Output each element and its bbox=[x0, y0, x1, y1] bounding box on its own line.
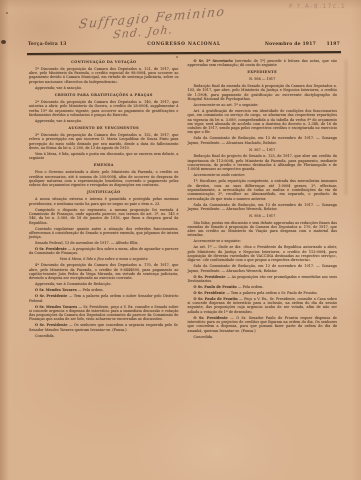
text-block: Art. A gratificação de exercicio em iden… bbox=[188, 109, 338, 135]
text-block: O Sr. Paulo de Frontin — Pela ordem. bbox=[188, 285, 338, 289]
text-block: O Sr. Presidente — Tem a palavra pela or… bbox=[29, 294, 179, 303]
section-heading: N. 956 — 1917 bbox=[188, 77, 338, 81]
section-heading: Continuação da votação bbox=[29, 60, 179, 64]
scanned-document-page: P.7.A-8.17c.1 Suffragio Feminino Snd. Jo… bbox=[0, 0, 361, 480]
masthead: Terça-feira 13 Congresso Nacional Novemb… bbox=[28, 42, 340, 50]
text-block: Approvada; vae á sancção. bbox=[29, 86, 179, 90]
text-block: Accrescente-se o seguinte: bbox=[188, 239, 338, 243]
text-block: Fica o Governo autorizado a abrir, pelo … bbox=[29, 170, 179, 187]
masthead-page-number: 1197 bbox=[327, 42, 340, 47]
speaker-name: O Sr. Paulo de Frontin bbox=[194, 285, 239, 289]
speaker-name: O Sr. Presidente bbox=[194, 275, 227, 279]
column-right: O Sr. 2º Secretario (servindo de 1º) pro… bbox=[188, 57, 338, 341]
speaker-name: O Sr. Mendes Tavares bbox=[35, 288, 78, 292]
handwritten-annotation: Suffragio Feminino Snd. Joh. bbox=[77, 3, 227, 45]
text-block: O Sr. Presidente — As proposições vão se… bbox=[188, 275, 338, 284]
text-block: O Sr. Presidente — A proposição fica sob… bbox=[29, 247, 179, 256]
text-block: Senado Federal, 13 de novembro de 1917. … bbox=[29, 241, 179, 245]
text-block: Accrescente-se onde convier: bbox=[188, 173, 338, 177]
speaker-name: O Sr. Presidente bbox=[35, 294, 69, 298]
text-block: 1º, fiscalizar, pela repartição competen… bbox=[188, 179, 338, 200]
text-block: Approvada; vae á sancção. bbox=[29, 119, 179, 123]
speaker-name: O Sr. 2º Secretario bbox=[194, 59, 235, 63]
text-block: Sala da Commissão de Redacção, em 13 de … bbox=[188, 203, 338, 212]
section-heading: N. 958 — 1917 bbox=[188, 214, 338, 218]
section-heading: Justificação bbox=[29, 190, 179, 194]
text-block: O Sr. Mendes Tavares — Sr. Presidente, p… bbox=[29, 305, 179, 322]
text-block: Concedida. bbox=[188, 335, 338, 339]
text-block: Ao art. 1º — Onde se diz: «fica o Presid… bbox=[188, 245, 338, 262]
text-block: O Sr. Presidente — Os senhores que conce… bbox=[29, 323, 179, 332]
masthead-date-left: Terça-feira 13 bbox=[28, 42, 67, 47]
text-block: O Sr. Mendes Tavares — Pela ordem. bbox=[29, 288, 179, 292]
section-heading: Credito para gratificações a praças bbox=[29, 93, 179, 97]
text-block: 3ª Discussão da proposição da Camara dos… bbox=[29, 133, 179, 150]
text-block: Redacção final do projecto do Senado n. … bbox=[188, 154, 338, 171]
text-block: A nossa situação externa e interna é gar… bbox=[29, 197, 179, 206]
masthead-title: Congresso Nacional bbox=[147, 42, 221, 47]
section-heading: N. 957 — 1917 bbox=[188, 148, 338, 152]
masthead-date-right: Novembro de 1917 bbox=[265, 42, 316, 47]
text-block: O Sr. Presidente — Tem a palavra pela or… bbox=[188, 291, 338, 295]
speaker-name: O Sr. Presidente bbox=[35, 247, 68, 251]
text-block: O Sr. Paulo de Frontin — Peço a V. Ex., … bbox=[188, 297, 338, 314]
text-block: 1ª Discussão da proposição da Camara dos… bbox=[29, 67, 179, 84]
masthead-rule bbox=[27, 51, 341, 55]
text-block: Convindo regularizar quanto antes a situ… bbox=[29, 227, 179, 240]
ink-speck bbox=[6, 12, 8, 14]
section-heading: Augmento de vencimentos bbox=[29, 126, 179, 130]
text-block: O Sr. Presidente — O Sr. Senador Paulo d… bbox=[188, 316, 338, 333]
text-block: Vem á Mesa, é lido e fica sobre a mesa o… bbox=[29, 257, 179, 261]
section-heading: Emenda bbox=[29, 163, 179, 167]
pencil-catalog-mark: P.7.A-8.17c.1 bbox=[289, 3, 359, 11]
speaker-name: O Sr. Mendes Tavares bbox=[35, 305, 79, 309]
paper-fold-shadow bbox=[345, 60, 347, 195]
section-heading: Expediente bbox=[188, 70, 338, 74]
text-block: Vem á Mesa, é lida, apoiada e posta em d… bbox=[29, 152, 179, 161]
speaker-name: O Sr. Presidente bbox=[194, 291, 227, 295]
text-block: Cumprindo o disposto no regimento, a mes… bbox=[29, 208, 179, 225]
speaker-name: O Sr. Presidente bbox=[35, 323, 69, 327]
text-block: Sala da Commissão de Redacção, em 13 de … bbox=[188, 264, 338, 273]
ink-speck bbox=[1, 40, 6, 44]
text-block: São lidas, postas em discussão e sem deb… bbox=[188, 221, 338, 238]
text-block: Concedida. bbox=[29, 334, 179, 338]
speaker-name: O Sr. Presidente bbox=[194, 316, 231, 320]
text-block: 4ª Discussão da proposição da Camara dos… bbox=[29, 263, 179, 280]
text-block: Sala da Commissão de Redacção, em 13 de … bbox=[188, 136, 338, 145]
text-columns: Continuação da votação1ª Discussão da pr… bbox=[29, 57, 337, 341]
text-block: Redacção final da emenda do Senado á pro… bbox=[188, 84, 338, 101]
text-block: O Sr. 2º Secretario (servindo de 1º) pro… bbox=[188, 59, 338, 68]
column-left: Continuação da votação1ª Discussão da pr… bbox=[29, 57, 179, 341]
speaker-name: O Sr. Paulo de Frontin bbox=[194, 297, 240, 301]
text-block: 2ª Discussão da proposição da Camara dos… bbox=[29, 100, 179, 117]
text-block: Accrescente-se ao art. 1º o seguinte: bbox=[188, 103, 338, 107]
text-block: Approvada; vae á Commissão de Redacção. bbox=[29, 282, 179, 286]
